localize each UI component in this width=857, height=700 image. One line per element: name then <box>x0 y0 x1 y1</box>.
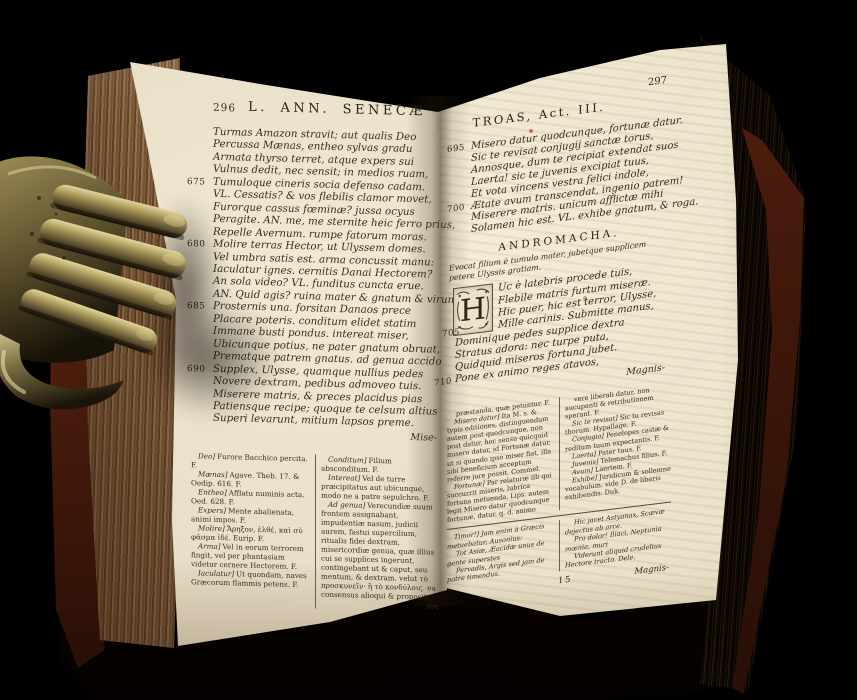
page-number-right: 297 <box>648 75 667 88</box>
verse-block-right: 695Misero datur quodcunque, fortunæ datu… <box>447 116 671 239</box>
line-number: 710 <box>434 375 452 389</box>
commentary-right-page: præstanda, quæ petuntur. F.Misero datur]… <box>447 383 671 524</box>
page-number-left: 296 <box>213 102 236 115</box>
running-title-left: L. ANN. SENECÆ <box>241 100 433 120</box>
note-item: Intereat]Vel de turre præcipitatus aut u… <box>321 472 439 502</box>
book-photograph: 296 L. ANN. SENECÆ Turmas Amazon stravit… <box>0 0 857 700</box>
footnote-column-1: Timor!]Jam enim à Græcis metuebatur, Aus… <box>447 521 559 585</box>
commentary-column-2: vere liberali datur, non aucupanti & ret… <box>559 383 671 510</box>
signature-mark: I 5 <box>559 575 570 586</box>
right-page-text: TROAS, Act. III. 297 695Misero datur quo… <box>447 76 671 601</box>
commentary-column-1: præstanda, quæ petuntur. F.Misero datur]… <box>447 397 559 524</box>
catchword-bottom: Magnis- <box>634 562 669 576</box>
note-item: Iaculatur]Ut quondam, naves Græcorum fla… <box>191 568 310 589</box>
commentary-column-2: Conditum]Filium absconditum. F.Intereat]… <box>315 454 439 611</box>
commentary-left-page: Deo]Furore Bacchico percita. F.Mænas]Aga… <box>191 451 439 611</box>
commentary-column-1: Deo]Furore Bacchico percita. F.Mænas]Aga… <box>191 451 315 608</box>
left-page-header: 296 L. ANN. SENECÆ <box>183 92 443 127</box>
brass-hand-sculpture <box>0 138 209 423</box>
note-item: Arma]Vel in eorum terrorem fingit, vel p… <box>191 541 310 571</box>
footnote-column-2: Hic jacet Astyanax, Scævæ dejectus ab ar… <box>559 507 671 571</box>
note-item: Ad genua]Verecundiæ suum frontem assigna… <box>321 499 439 601</box>
